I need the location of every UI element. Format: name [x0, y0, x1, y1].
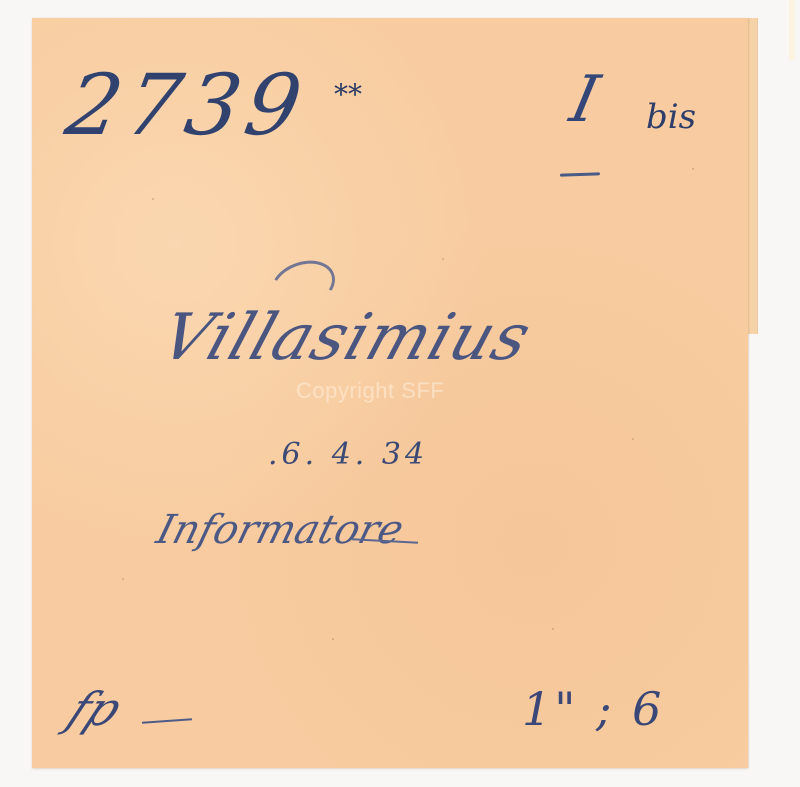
paper-speck [152, 198, 154, 200]
adjacent-sheet-edge [789, 0, 795, 60]
paper-speck [122, 578, 124, 580]
volume-suffix: bis [646, 100, 696, 134]
catalog-star-marks: ** [334, 81, 362, 109]
record-date: .6. 4. 34 [268, 440, 428, 470]
place-name: Villasimius [154, 306, 539, 370]
paper-speck [632, 438, 634, 440]
scan-background: 2739 ** I bis Villasimius .6. 4. 34 Info… [0, 0, 800, 787]
copyright-watermark: Copyright SFF [296, 378, 444, 404]
paper-speck [692, 168, 694, 170]
catalog-number: 2739 [61, 63, 314, 147]
initials-tail-stroke [142, 718, 192, 723]
paper-speck [442, 258, 444, 260]
volume-mark: I [565, 68, 604, 132]
index-card: 2739 ** I bis Villasimius .6. 4. 34 Info… [32, 18, 748, 768]
paper-speck [332, 638, 334, 640]
recorder-initials: fp [61, 686, 129, 732]
reference-code: 1" ; 6 [522, 686, 664, 732]
paper-speck [552, 628, 554, 630]
volume-underline [560, 172, 600, 176]
informant-label: Informatore [153, 510, 408, 550]
